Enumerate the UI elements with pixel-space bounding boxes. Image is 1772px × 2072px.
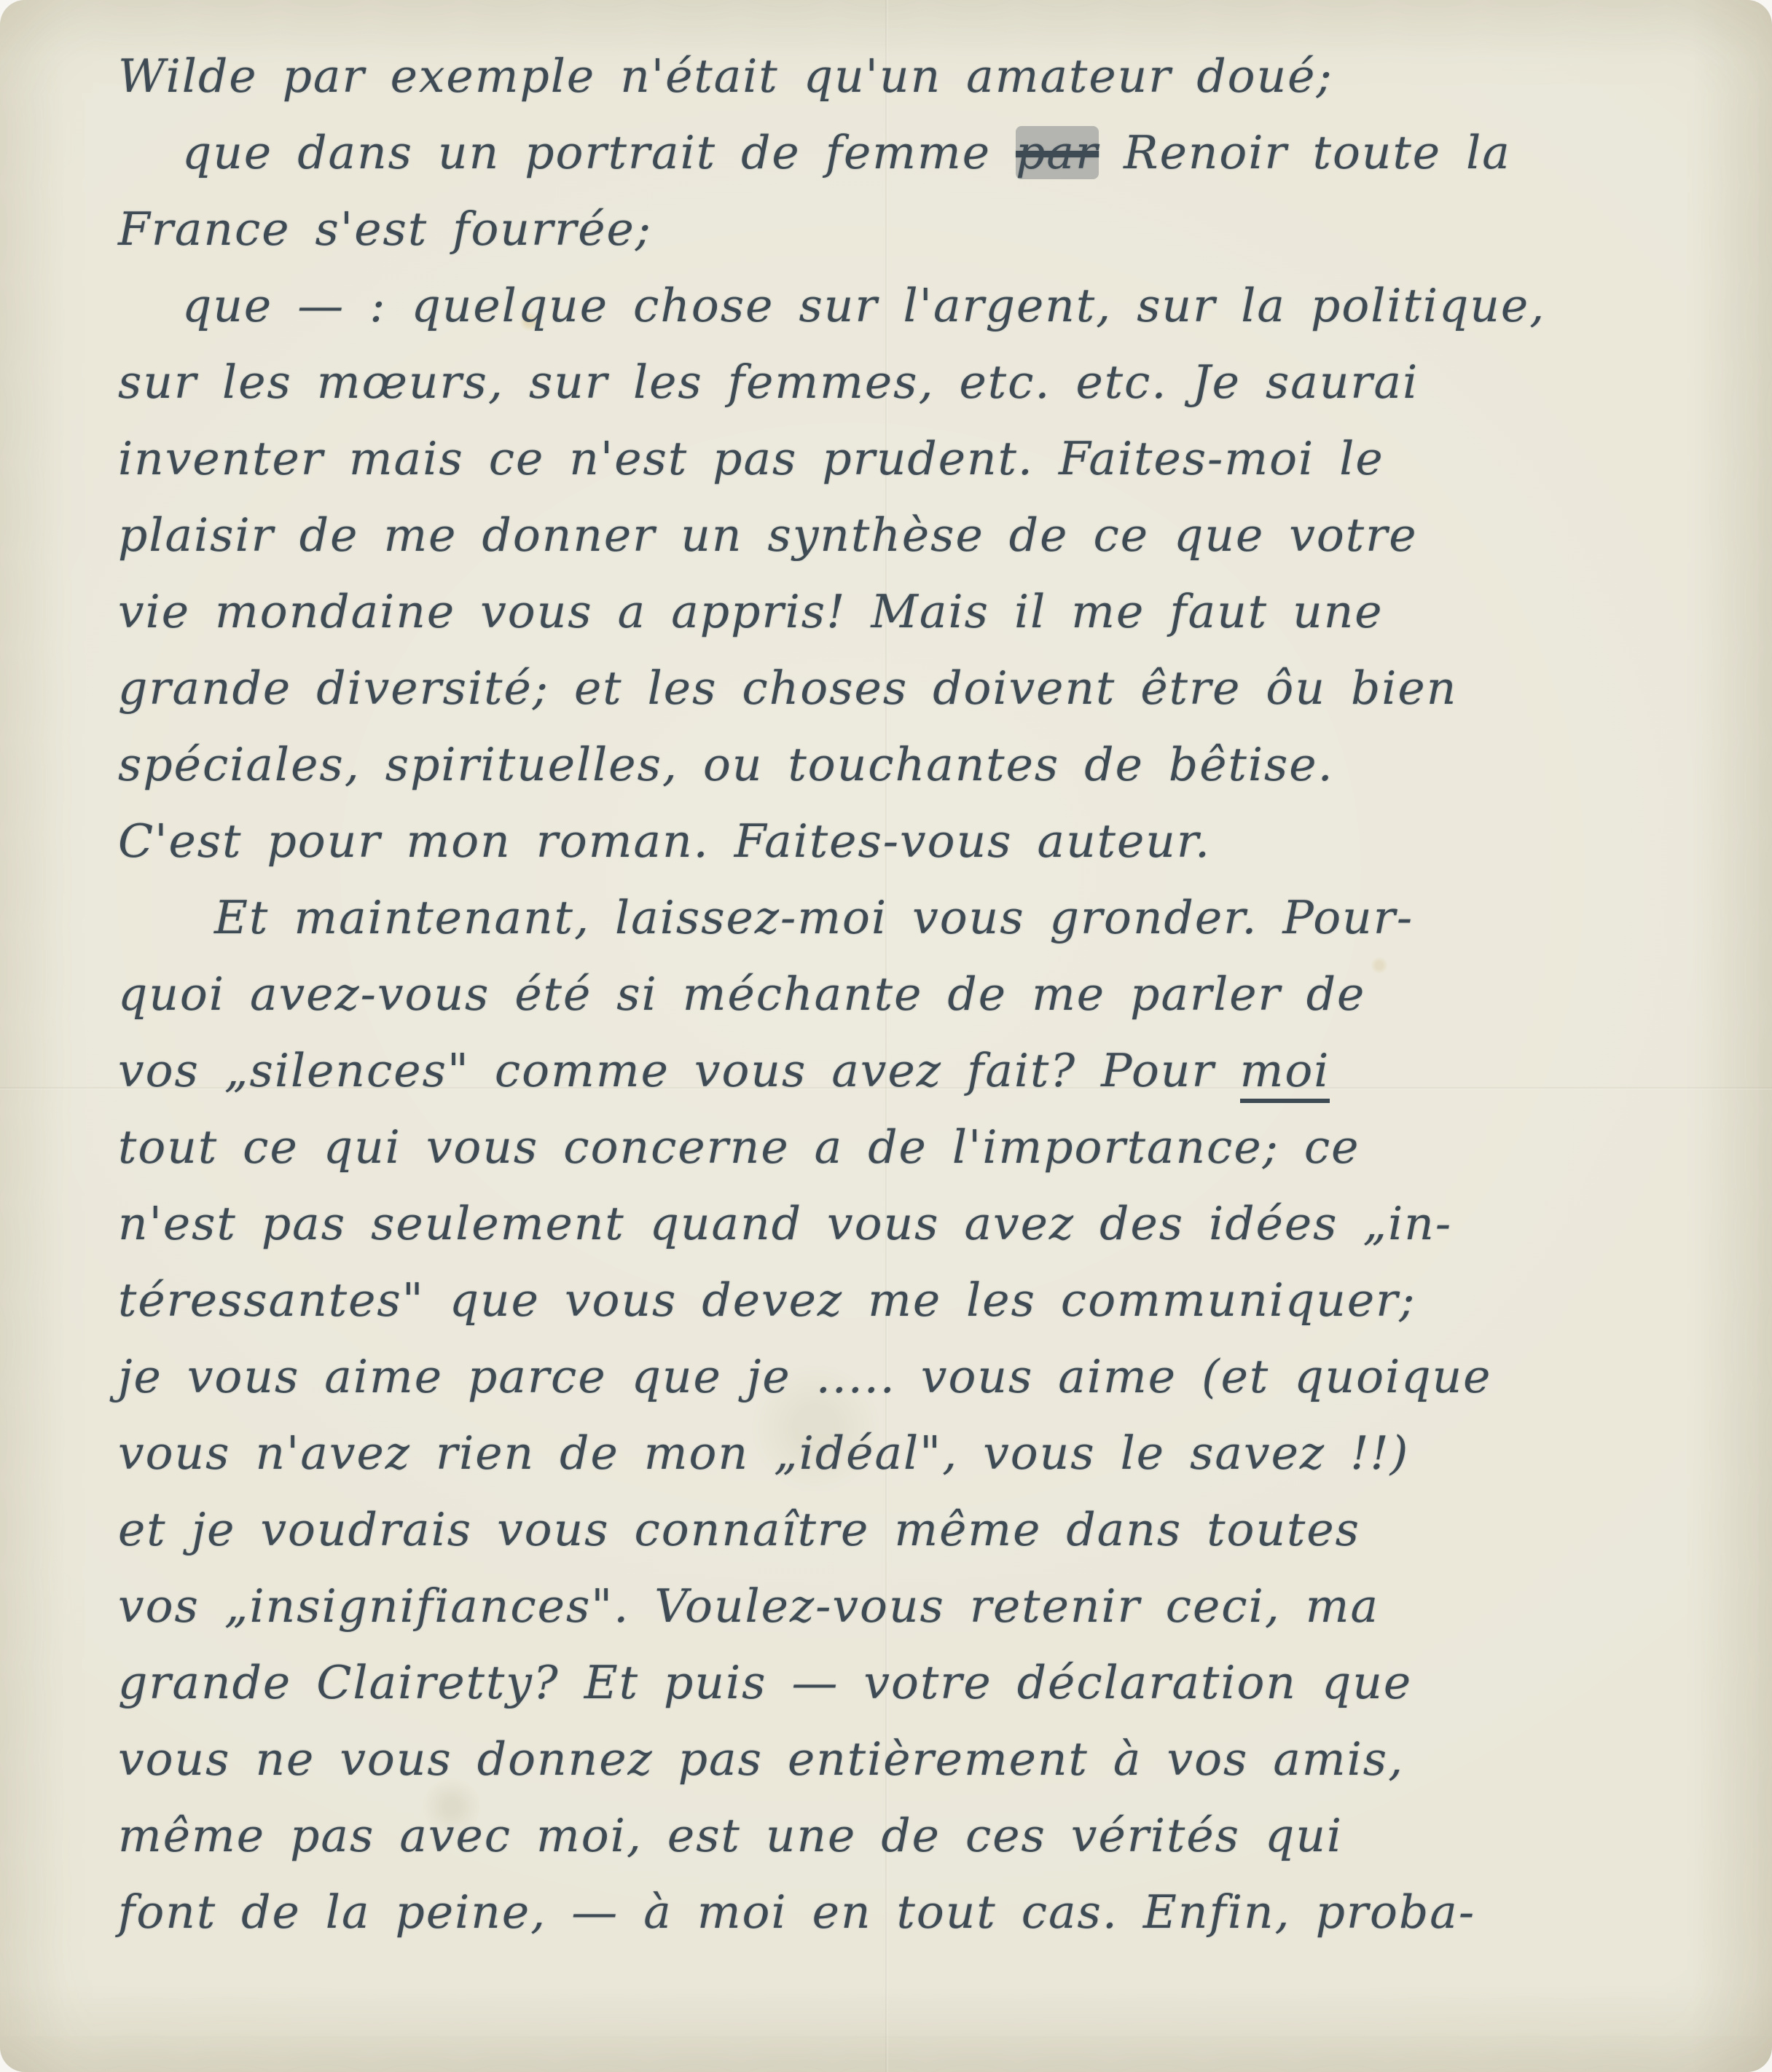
- text-segment: grande diversité; et les choses doivent …: [118, 662, 1457, 715]
- text-segment-underline: moi: [1240, 1044, 1330, 1103]
- text-segment: font de la peine, — à moi en tout cas. E…: [118, 1885, 1475, 1939]
- scanned-letter: Wilde par exemple n'était qu'un amateur …: [0, 0, 1772, 2072]
- letter-line: font de la peine, — à moi en tout cas. E…: [118, 1874, 1746, 1950]
- text-segment: C'est pour mon roman. Faites-vous auteur…: [118, 815, 1211, 868]
- letter-line: que — : quelque chose sur l'argent, sur …: [118, 267, 1746, 344]
- letter-line: quoi avez-vous été si méchante de me par…: [118, 956, 1746, 1032]
- text-segment: vous ne vous donnez pas entièrement à vo…: [118, 1732, 1404, 1786]
- text-segment: vie mondaine vous a appris! Mais il me f…: [118, 585, 1384, 638]
- text-segment-strike: par: [1016, 126, 1099, 179]
- text-segment: que — : quelque chose sur l'argent, sur …: [182, 279, 1545, 332]
- letter-line: plaisir de me donner un synthèse de ce q…: [118, 497, 1746, 573]
- text-segment: que dans un portrait de femme: [182, 126, 1016, 179]
- letter-line: Et maintenant, laissez-moi vous gronder.…: [118, 879, 1746, 956]
- text-segment: spéciales, spirituelles, ou touchantes d…: [118, 738, 1334, 791]
- letter-line: France s'est fourrée;: [118, 191, 1746, 267]
- text-segment: n'est pas seulement quand vous avez des …: [118, 1197, 1452, 1250]
- text-segment: quoi avez-vous été si méchante de me par…: [118, 968, 1365, 1021]
- letter-line: C'est pour mon roman. Faites-vous auteur…: [118, 803, 1746, 879]
- letter-line: que dans un portrait de femme par Renoir…: [118, 114, 1746, 191]
- letter-line: Wilde par exemple n'était qu'un amateur …: [118, 38, 1746, 114]
- text-segment: Wilde par exemple n'était qu'un amateur …: [118, 50, 1333, 103]
- letter-line: vos „insignifiances". Voulez-vous reteni…: [118, 1568, 1746, 1644]
- text-segment: sur les mœurs, sur les femmes, etc. etc.…: [118, 356, 1419, 409]
- letter-line: grande Clairetty? Et puis — votre déclar…: [118, 1644, 1746, 1721]
- text-segment: Renoir toute la: [1099, 126, 1511, 179]
- letter-line: sur les mœurs, sur les femmes, etc. etc.…: [118, 344, 1746, 420]
- letter-text: Wilde par exemple n'était qu'un amateur …: [0, 0, 1772, 1950]
- letter-line: tout ce qui vous concerne a de l'importa…: [118, 1109, 1746, 1185]
- letter-line: vie mondaine vous a appris! Mais il me f…: [118, 573, 1746, 650]
- text-segment: vos „silences" comme vous avez fait? Pou…: [118, 1044, 1240, 1097]
- text-segment: inventer mais ce n'est pas prudent. Fait…: [118, 432, 1384, 485]
- letter-line: inventer mais ce n'est pas prudent. Fait…: [118, 420, 1746, 497]
- text-segment: Et maintenant, laissez-moi vous gronder.…: [214, 891, 1414, 944]
- text-segment: plaisir de me donner un synthèse de ce q…: [118, 509, 1418, 562]
- letter-line: vous ne vous donnez pas entièrement à vo…: [118, 1721, 1746, 1797]
- text-segment: tout ce qui vous concerne a de l'importa…: [118, 1121, 1360, 1174]
- text-segment: téressantes" que vous devez me les commu…: [118, 1274, 1416, 1327]
- text-segment: France s'est fourrée;: [118, 203, 652, 256]
- letter-line: n'est pas seulement quand vous avez des …: [118, 1185, 1746, 1262]
- letter-line: et je voudrais vous connaître même dans …: [118, 1491, 1746, 1568]
- text-segment: je vous aime parce que je ..... vous aim…: [118, 1350, 1491, 1403]
- letter-line: téressantes" que vous devez me les commu…: [118, 1262, 1746, 1338]
- text-segment: grande Clairetty? Et puis — votre déclar…: [118, 1656, 1412, 1709]
- letter-line: même pas avec moi, est une de ces vérité…: [118, 1797, 1746, 1874]
- text-segment: vous n'avez rien de mon „idéal", vous le…: [118, 1427, 1409, 1480]
- text-segment: et je voudrais vous connaître même dans …: [118, 1503, 1360, 1556]
- letter-line: vous n'avez rien de mon „idéal", vous le…: [118, 1415, 1746, 1491]
- text-segment: vos „insignifiances". Voulez-vous reteni…: [118, 1579, 1379, 1633]
- text-segment: même pas avec moi, est une de ces vérité…: [118, 1809, 1343, 1862]
- letter-paper: Wilde par exemple n'était qu'un amateur …: [0, 0, 1772, 2072]
- letter-line: spéciales, spirituelles, ou touchantes d…: [118, 726, 1746, 803]
- letter-line: vos „silences" comme vous avez fait? Pou…: [118, 1032, 1746, 1109]
- letter-line: grande diversité; et les choses doivent …: [118, 650, 1746, 726]
- letter-line: je vous aime parce que je ..... vous aim…: [118, 1338, 1746, 1415]
